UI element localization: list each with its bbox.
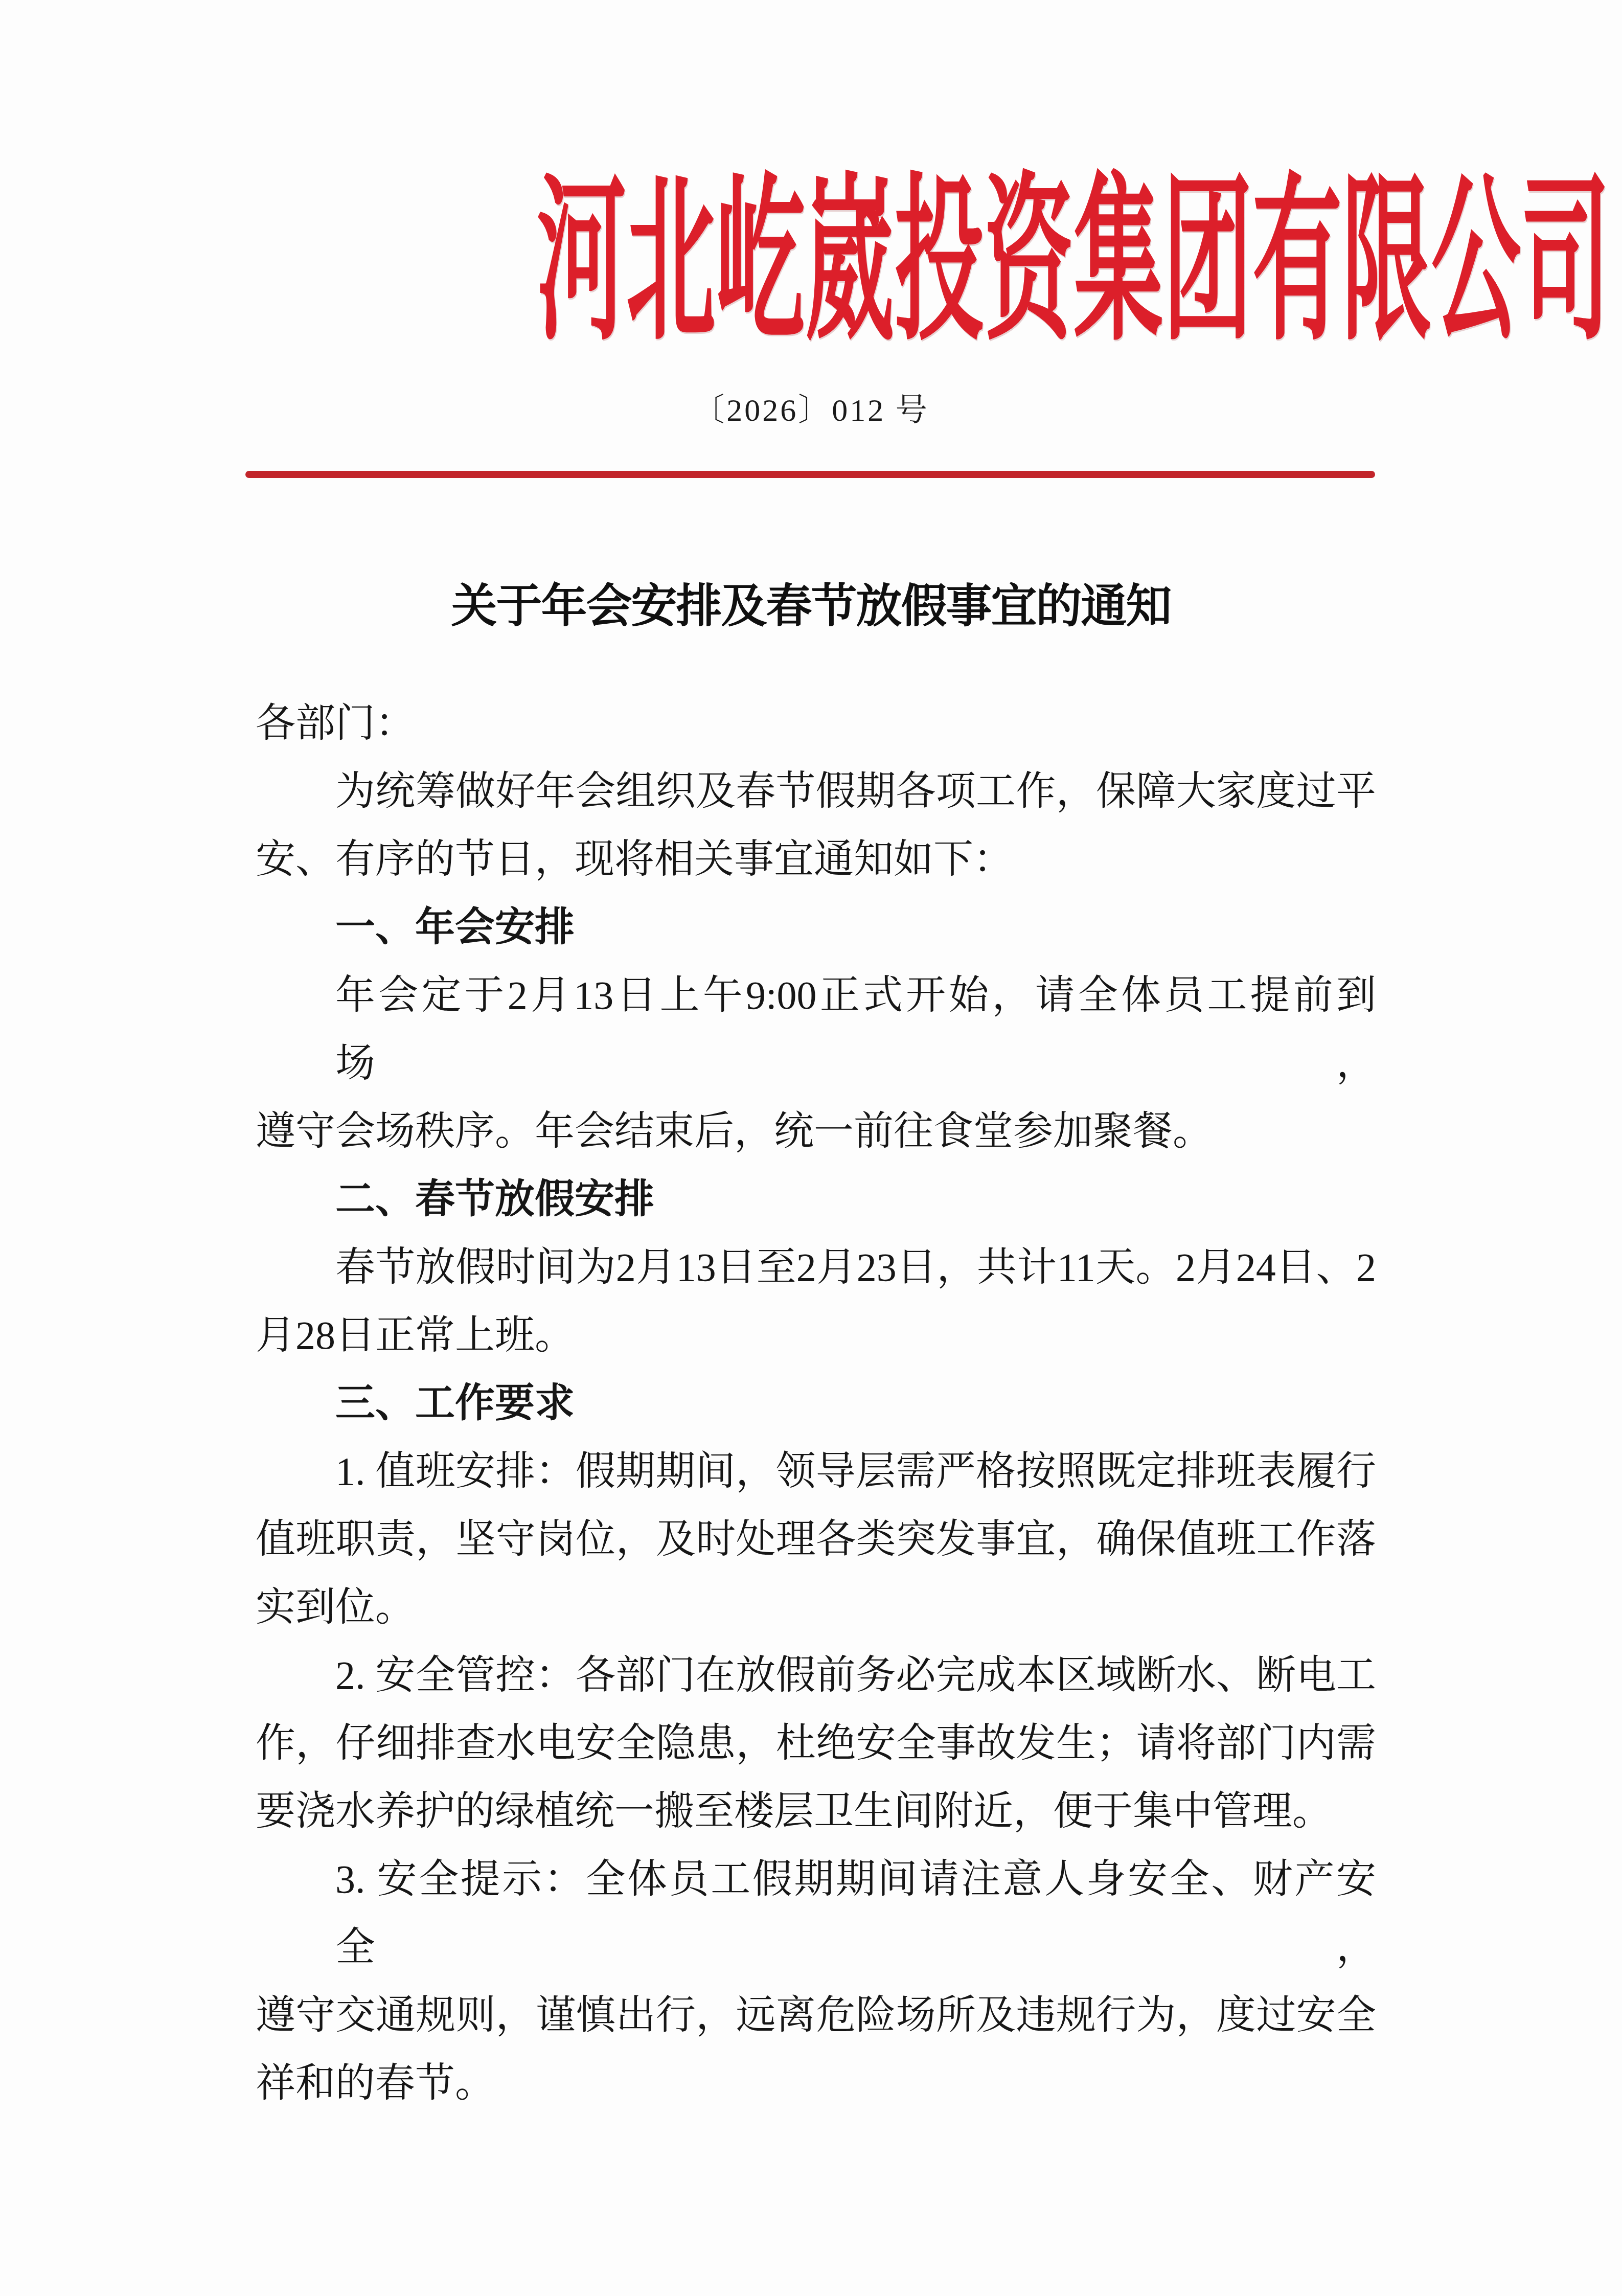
intro-line: 安、有序的节日，现将相关事宜通知如下： (256, 825, 1376, 893)
section-heading-1: 一、年会安排 (256, 893, 1376, 961)
work-item-1-line: 1. 值班安排：假期期间，领导层需严格按照既定排班表履行 (256, 1437, 1376, 1505)
notice-body: 各部门： 为统筹做好年会组织及春节假期各项工作，保障大家度过平 安、有序的节日，… (256, 689, 1376, 2117)
work-item-3-line: 3. 安全提示：全体员工假期期间请注意人身安全、财产安全， (256, 1845, 1376, 1981)
red-divider-rule (245, 471, 1375, 478)
company-letterhead: 河北屹崴投资集团有限公司 (0, 173, 1622, 352)
section-2-line: 春节放假时间为2月13日至2月23日，共计11天。2月24日、2 (256, 1233, 1376, 1301)
work-item-1-line: 实到位。 (256, 1573, 1376, 1641)
document-number: 〔2026〕012 号 (0, 384, 1622, 430)
notice-title: 关于年会安排及春节放假事宜的通知 (0, 569, 1622, 635)
intro-line: 为统筹做好年会组织及春节假期各项工作，保障大家度过平 (256, 757, 1376, 825)
work-item-2-line: 作，仔细排查水电安全隐患，杜绝安全事故发生；请将部门内需 (256, 1709, 1376, 1777)
work-item-2-line: 要浇水养护的绿植统一搬至楼层卫生间附近，便于集中管理。 (256, 1777, 1376, 1845)
section-heading-3: 三、工作要求 (256, 1369, 1376, 1437)
section-1-line: 年会定于2月13日上午9:00正式开始，请全体员工提前到场， (256, 961, 1376, 1097)
section-1-line: 遵守会场秩序。年会结束后，统一前往食堂参加聚餐。 (256, 1097, 1376, 1165)
company-name: 河北屹崴投资集团有限公司 (537, 173, 1610, 352)
work-item-1-line: 值班职责，坚守岗位，及时处理各类突发事宜，确保值班工作落 (256, 1505, 1376, 1573)
salutation: 各部门： (256, 689, 1376, 757)
work-item-3-line: 遵守交通规则，谨慎出行，远离危险场所及违规行为，度过安全 (256, 1981, 1376, 2049)
work-item-2-line: 2. 安全管控：各部门在放假前务必完成本区域断水、断电工 (256, 1641, 1376, 1709)
section-heading-2: 二、春节放假安排 (256, 1165, 1376, 1233)
notice-document-page: 河北屹崴投资集团有限公司 〔2026〕012 号 关于年会安排及春节放假事宜的通… (0, 0, 1622, 2296)
section-2-line: 月28日正常上班。 (256, 1301, 1376, 1369)
work-item-3-line: 祥和的春节。 (256, 2049, 1376, 2117)
